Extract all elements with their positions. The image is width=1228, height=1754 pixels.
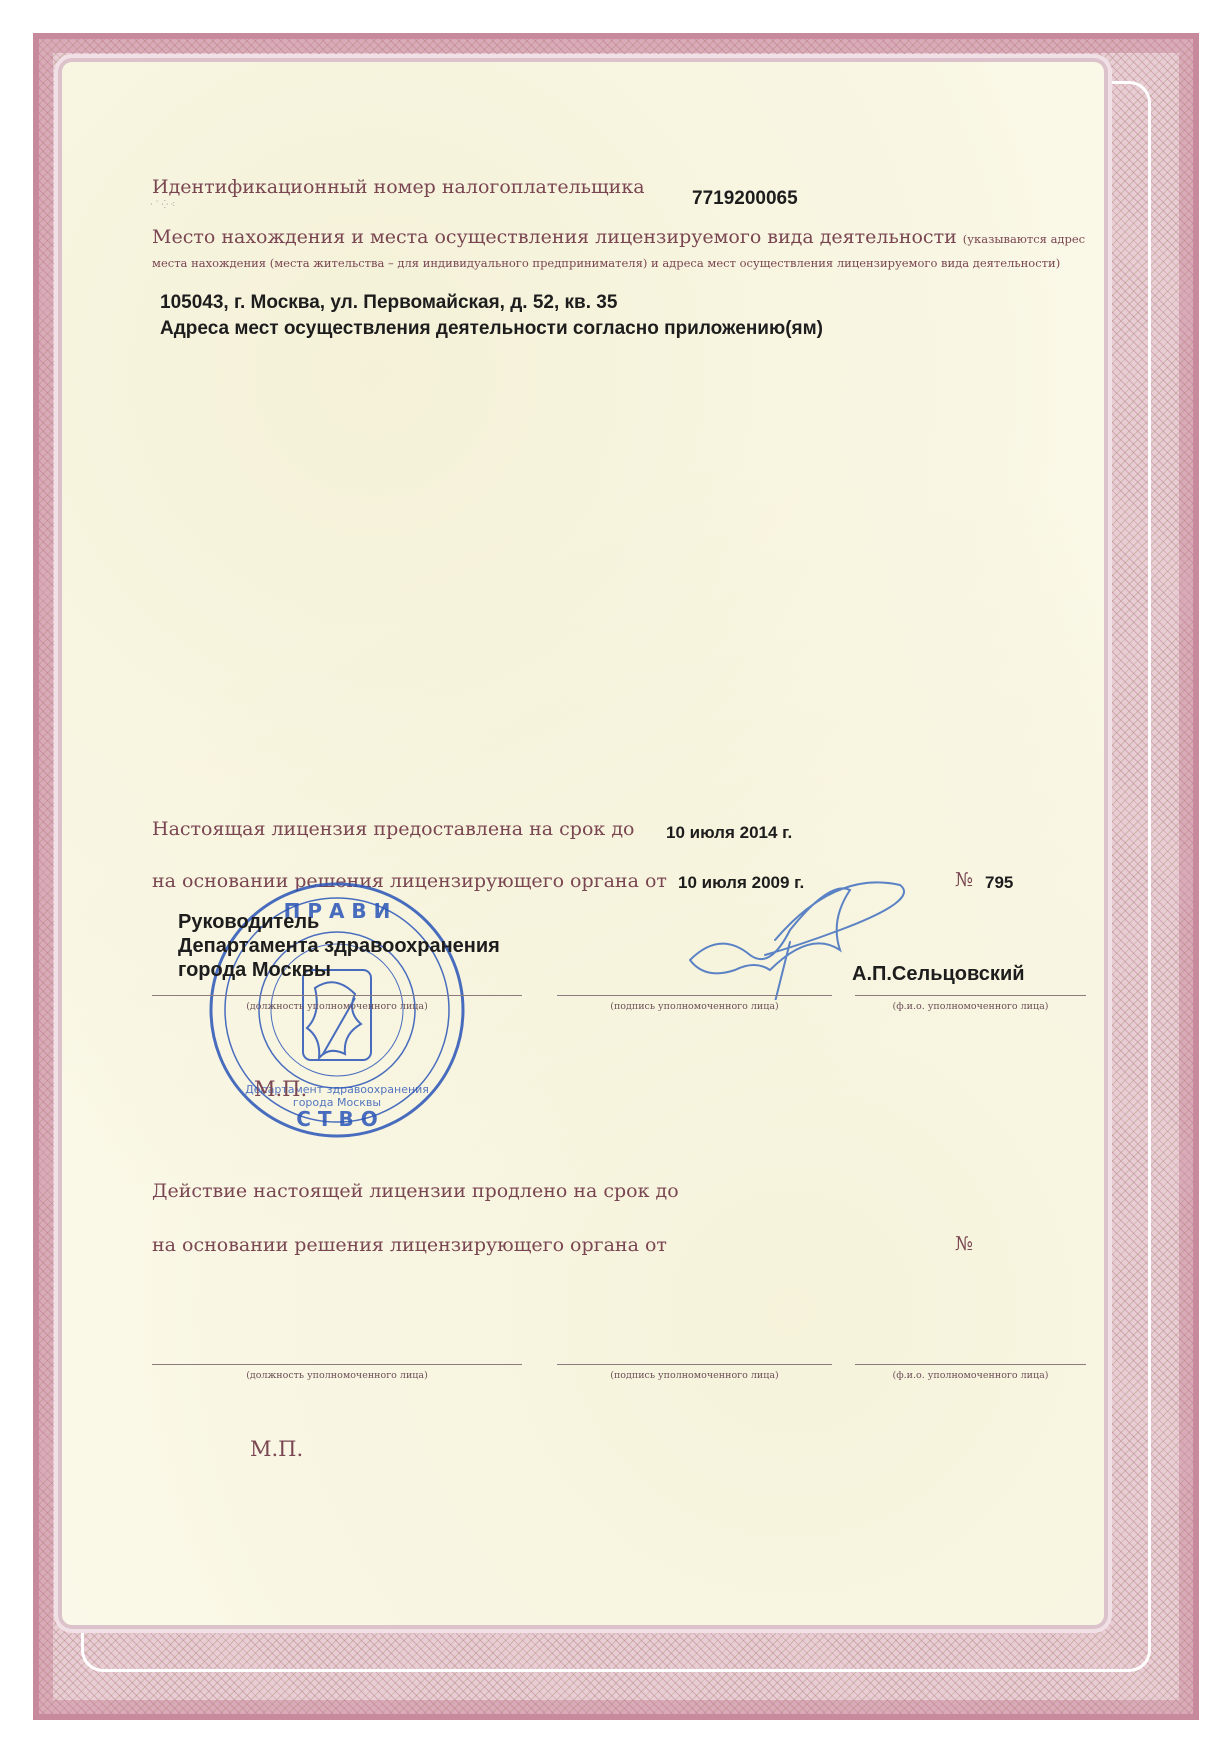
number-sign: № bbox=[955, 869, 973, 891]
extension-position-line bbox=[152, 1364, 522, 1365]
term-label: Настоящая лицензия предоставлена на срок… bbox=[152, 818, 634, 840]
caption-signature: (подпись уполномоченного лица) bbox=[557, 1001, 832, 1012]
location-label-main: Место нахождения и места осуществления л… bbox=[152, 226, 957, 248]
position-line-3: города Москвы bbox=[178, 958, 500, 982]
position-line bbox=[152, 995, 522, 996]
mp-label: М.П. bbox=[250, 1437, 303, 1461]
extension-label: Действие настоящей лицензии продлено на … bbox=[152, 1180, 679, 1202]
caption-name: (ф.и.о. уполномоченного лица) bbox=[855, 1001, 1086, 1012]
inn-value: 7719200065 bbox=[692, 188, 798, 210]
extension-signature-line bbox=[557, 1364, 832, 1365]
signatory-name: А.П.Сельцовский bbox=[852, 963, 1025, 986]
signatory-position: Руководитель Департамента здравоохранени… bbox=[178, 910, 500, 982]
extension-caption-name: (ф.и.о. уполномоченного лица) bbox=[855, 1370, 1086, 1381]
address-line-2: Адреса мест осуществления деятельности с… bbox=[160, 318, 823, 340]
stamp-mark: М.П. bbox=[254, 1077, 307, 1101]
address-line-1: 105043, г. Москва, ул. Первомайская, д. … bbox=[160, 292, 617, 314]
number-value: 795 bbox=[985, 873, 1013, 893]
extension-number-sign: № bbox=[955, 1233, 973, 1255]
extension-caption-position: (должность уполномоченного лица) bbox=[152, 1370, 522, 1381]
print-specks: · ˙ ⁛ ⁖ bbox=[150, 200, 210, 212]
location-label: Место нахождения и места осуществления л… bbox=[152, 226, 1085, 248]
name-line bbox=[855, 995, 1086, 996]
position-line-2: Департамента здравоохранения bbox=[178, 934, 500, 958]
caption-position: (должность уполномоченного лица) bbox=[152, 1001, 522, 1012]
extension-basis-label: на основании решения лицензирующего орга… bbox=[152, 1234, 667, 1256]
location-note-1: (указываются адрес bbox=[963, 232, 1085, 246]
position-line-1: Руководитель bbox=[178, 910, 500, 934]
signature-line bbox=[557, 995, 832, 996]
extension-caption-signature: (подпись уполномоченного лица) bbox=[557, 1370, 832, 1381]
extension-name-line bbox=[855, 1364, 1086, 1365]
svg-text:С Т В О: С Т В О bbox=[296, 1107, 377, 1131]
inn-label: Идентификационный номер налогоплательщик… bbox=[152, 176, 645, 198]
term-value: 10 июля 2014 г. bbox=[666, 823, 792, 843]
location-note-2: места нахождения (места жительства – для… bbox=[152, 256, 1060, 270]
